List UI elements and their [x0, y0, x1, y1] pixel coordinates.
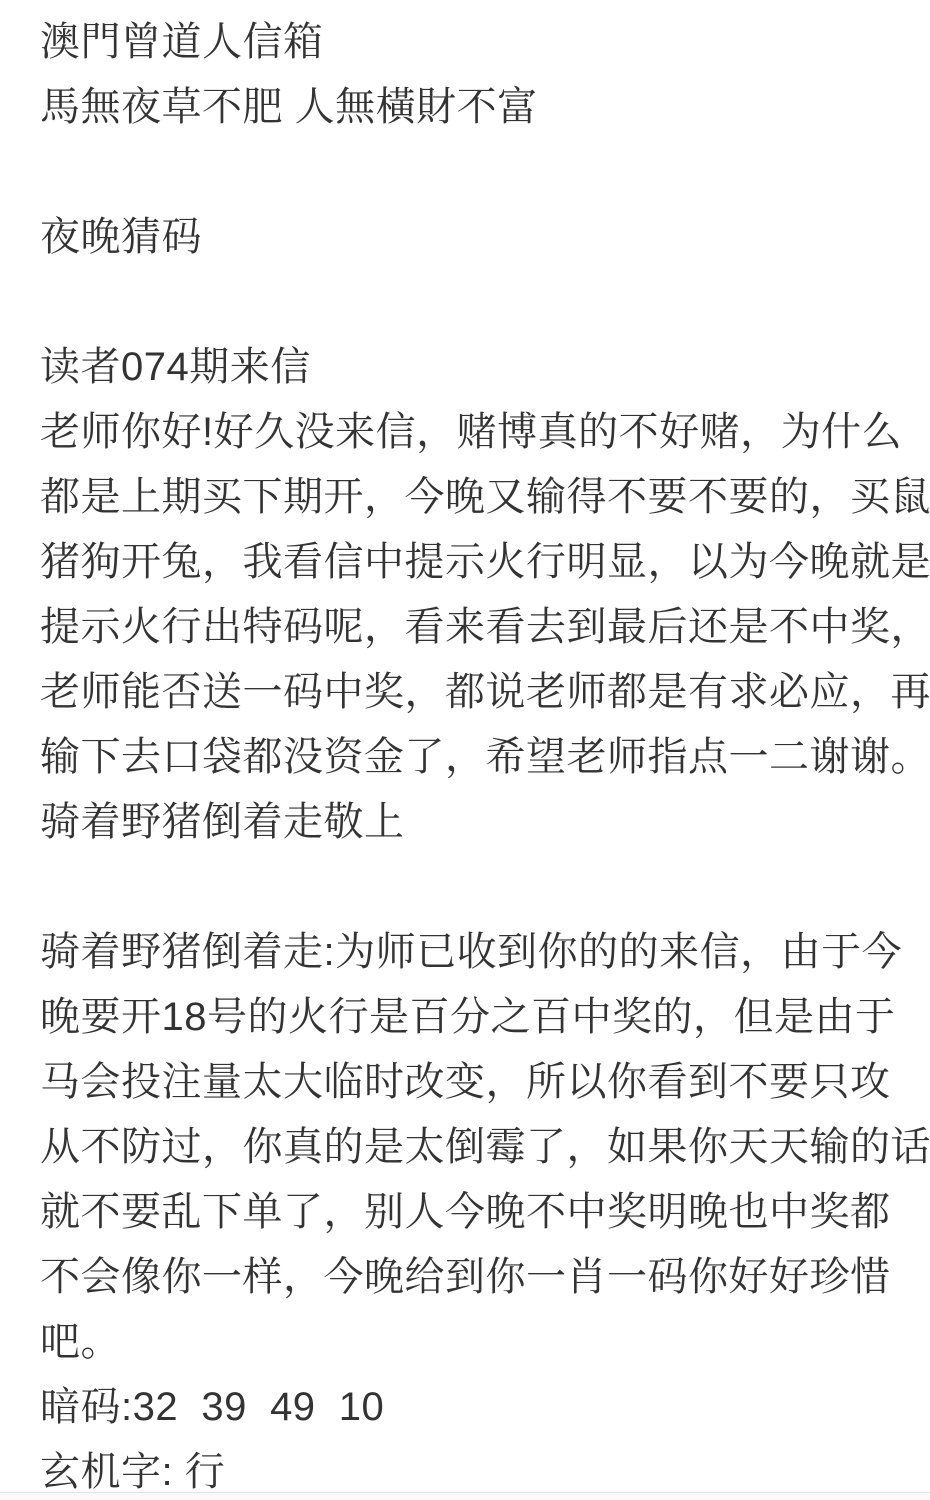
text-line: 输下去口袋都没资金了，希望老师指点一二谢谢。 — [40, 725, 930, 790]
text-line: 不会像你一样，今晚给到你一肖一码你好好珍惜 — [40, 1245, 930, 1310]
blank-line — [40, 270, 930, 335]
text-line: 老师你好!好久没来信，赌博真的不好赌，为什么 — [40, 400, 930, 465]
text-line: 晚要开18号的火行是百分之百中奖的，但是由于 — [40, 985, 930, 1050]
text-line: 马会投注量太大临时改变，所以你看到不要只攻 — [40, 1050, 930, 1115]
text-line: 都是上期买下期开，今晚又输得不要不要的，买鼠 — [40, 465, 930, 530]
mystery-word-line: 玄机字: 行 — [40, 1440, 930, 1500]
motto-line: 馬無夜草不肥 人無橫財不富 — [40, 75, 930, 140]
mystery-word-label: 玄机字: — [40, 1450, 185, 1494]
article-page: 澳門曾道人信箱 馬無夜草不肥 人無橫財不富 夜晚猜码 读者074期来信 老师你好… — [0, 0, 930, 1500]
text-line: 从不防过，你真的是太倒霉了，如果你天天输的话 — [40, 1115, 930, 1180]
text-line: 骑着野猪倒着走敬上 — [40, 790, 930, 855]
secret-code-line: 暗码:32 39 49 10 — [40, 1375, 930, 1440]
bottom-divider — [0, 1492, 930, 1500]
secret-code-label: 暗码: — [40, 1385, 133, 1429]
reader-letter-body: 老师你好!好久没来信，赌博真的不好赌，为什么都是上期买下期开，今晚又输得不要不要… — [40, 400, 930, 855]
blank-line — [40, 855, 930, 920]
text-line: 就不要乱下单了，别人今晚不中奖明晚也中奖都 — [40, 1180, 930, 1245]
text-line: 猪狗开兔，我看信中提示火行明显，以为今晚就是 — [40, 530, 930, 595]
page-title: 澳門曾道人信箱 — [40, 10, 930, 75]
reader-letter-heading: 读者074期来信 — [40, 335, 930, 400]
master-reply-body: 骑着野猪倒着走:为师已收到你的的来信，由于今晚要开18号的火行是百分之百中奖的，… — [40, 920, 930, 1375]
text-line: 提示火行出特码呢，看来看去到最后还是不中奖， — [40, 595, 930, 660]
text-line: 老师能否送一码中奖，都说老师都是有求必应，再 — [40, 660, 930, 725]
section-heading: 夜晚猜码 — [40, 205, 930, 270]
mystery-word-value: 行 — [185, 1450, 226, 1494]
text-line: 骑着野猪倒着走:为师已收到你的的来信，由于今 — [40, 920, 930, 985]
secret-code-numbers: 32 39 49 10 — [133, 1385, 385, 1429]
blank-line — [40, 140, 930, 205]
text-line: 吧。 — [40, 1310, 930, 1375]
